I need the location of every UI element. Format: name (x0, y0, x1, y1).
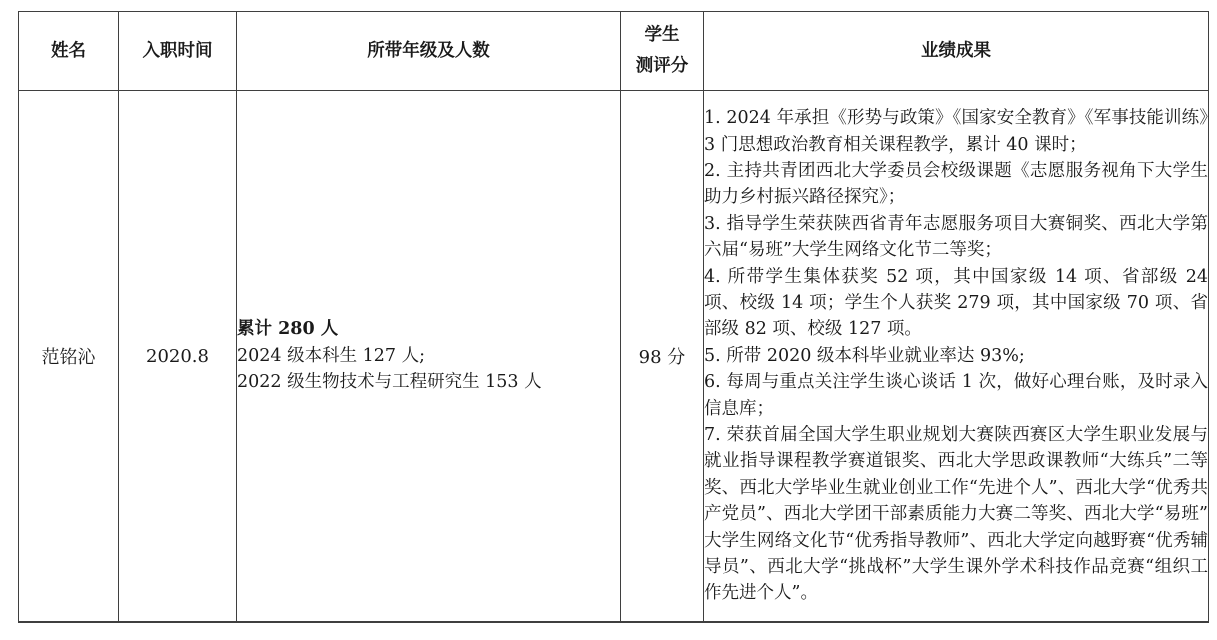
cell-name: 范铭沁 (19, 91, 119, 623)
header-row: 姓名 入职时间 所带年级及人数 学生 测评分 业绩成果 (19, 12, 1209, 91)
achievement-item: 5. 所带 2020 级本科毕业就业率达 93%; (704, 343, 1208, 369)
header-cohorts: 所带年级及人数 (237, 12, 621, 91)
document-page: 姓名 入职时间 所带年级及人数 学生 测评分 业绩成果 范铭沁 2020.8 累… (0, 0, 1217, 640)
cohort-total: 累计 280 人 (237, 316, 620, 343)
header-achievements: 业绩成果 (704, 12, 1209, 91)
header-score: 学生 测评分 (621, 12, 704, 91)
cell-hire-date: 2020.8 (119, 91, 237, 623)
cell-score: 98 分 (621, 91, 704, 623)
achievement-item: 4. 所带学生集体获奖 52 项，其中国家级 14 项、省部级 24 项、校级 … (704, 264, 1208, 343)
achievement-item: 7. 荣获首届全国大学生职业规划大赛陕西赛区大学生职业发展与就业指导课程教学赛道… (704, 422, 1208, 607)
cell-cohorts: 累计 280 人 2024 级本科生 127 人; 2022 级生物技术与工程研… (237, 91, 621, 623)
header-score-line2: 测评分 (621, 51, 703, 82)
counselor-performance-table: 姓名 入职时间 所带年级及人数 学生 测评分 业绩成果 范铭沁 2020.8 累… (18, 11, 1209, 623)
achievement-item: 3. 指导学生荣获陕西省青年志愿服务项目大赛铜奖、西北大学第六届“易班”大学生网… (704, 211, 1208, 264)
cohort-line: 2024 级本科生 127 人; (237, 343, 620, 370)
header-hire-date: 入职时间 (119, 12, 237, 91)
achievement-item: 2. 主持共青团西北大学委员会校级课题《志愿服务视角下大学生助力乡村振兴路径探究… (704, 158, 1208, 211)
cell-achievements: 1. 2024 年承担《形势与政策》《国家安全教育》《军事技能训练》3 门思想政… (704, 91, 1209, 623)
header-name: 姓名 (19, 12, 119, 91)
cohort-line: 2022 级生物技术与工程研究生 153 人 (237, 369, 620, 396)
table-row: 范铭沁 2020.8 累计 280 人 2024 级本科生 127 人; 202… (19, 91, 1209, 623)
header-score-line1: 学生 (621, 20, 703, 51)
achievement-item: 6. 每周与重点关注学生谈心谈话 1 次，做好心理台账，及时录入信息库； (704, 369, 1208, 422)
achievement-item: 1. 2024 年承担《形势与政策》《国家安全教育》《军事技能训练》3 门思想政… (704, 105, 1208, 158)
